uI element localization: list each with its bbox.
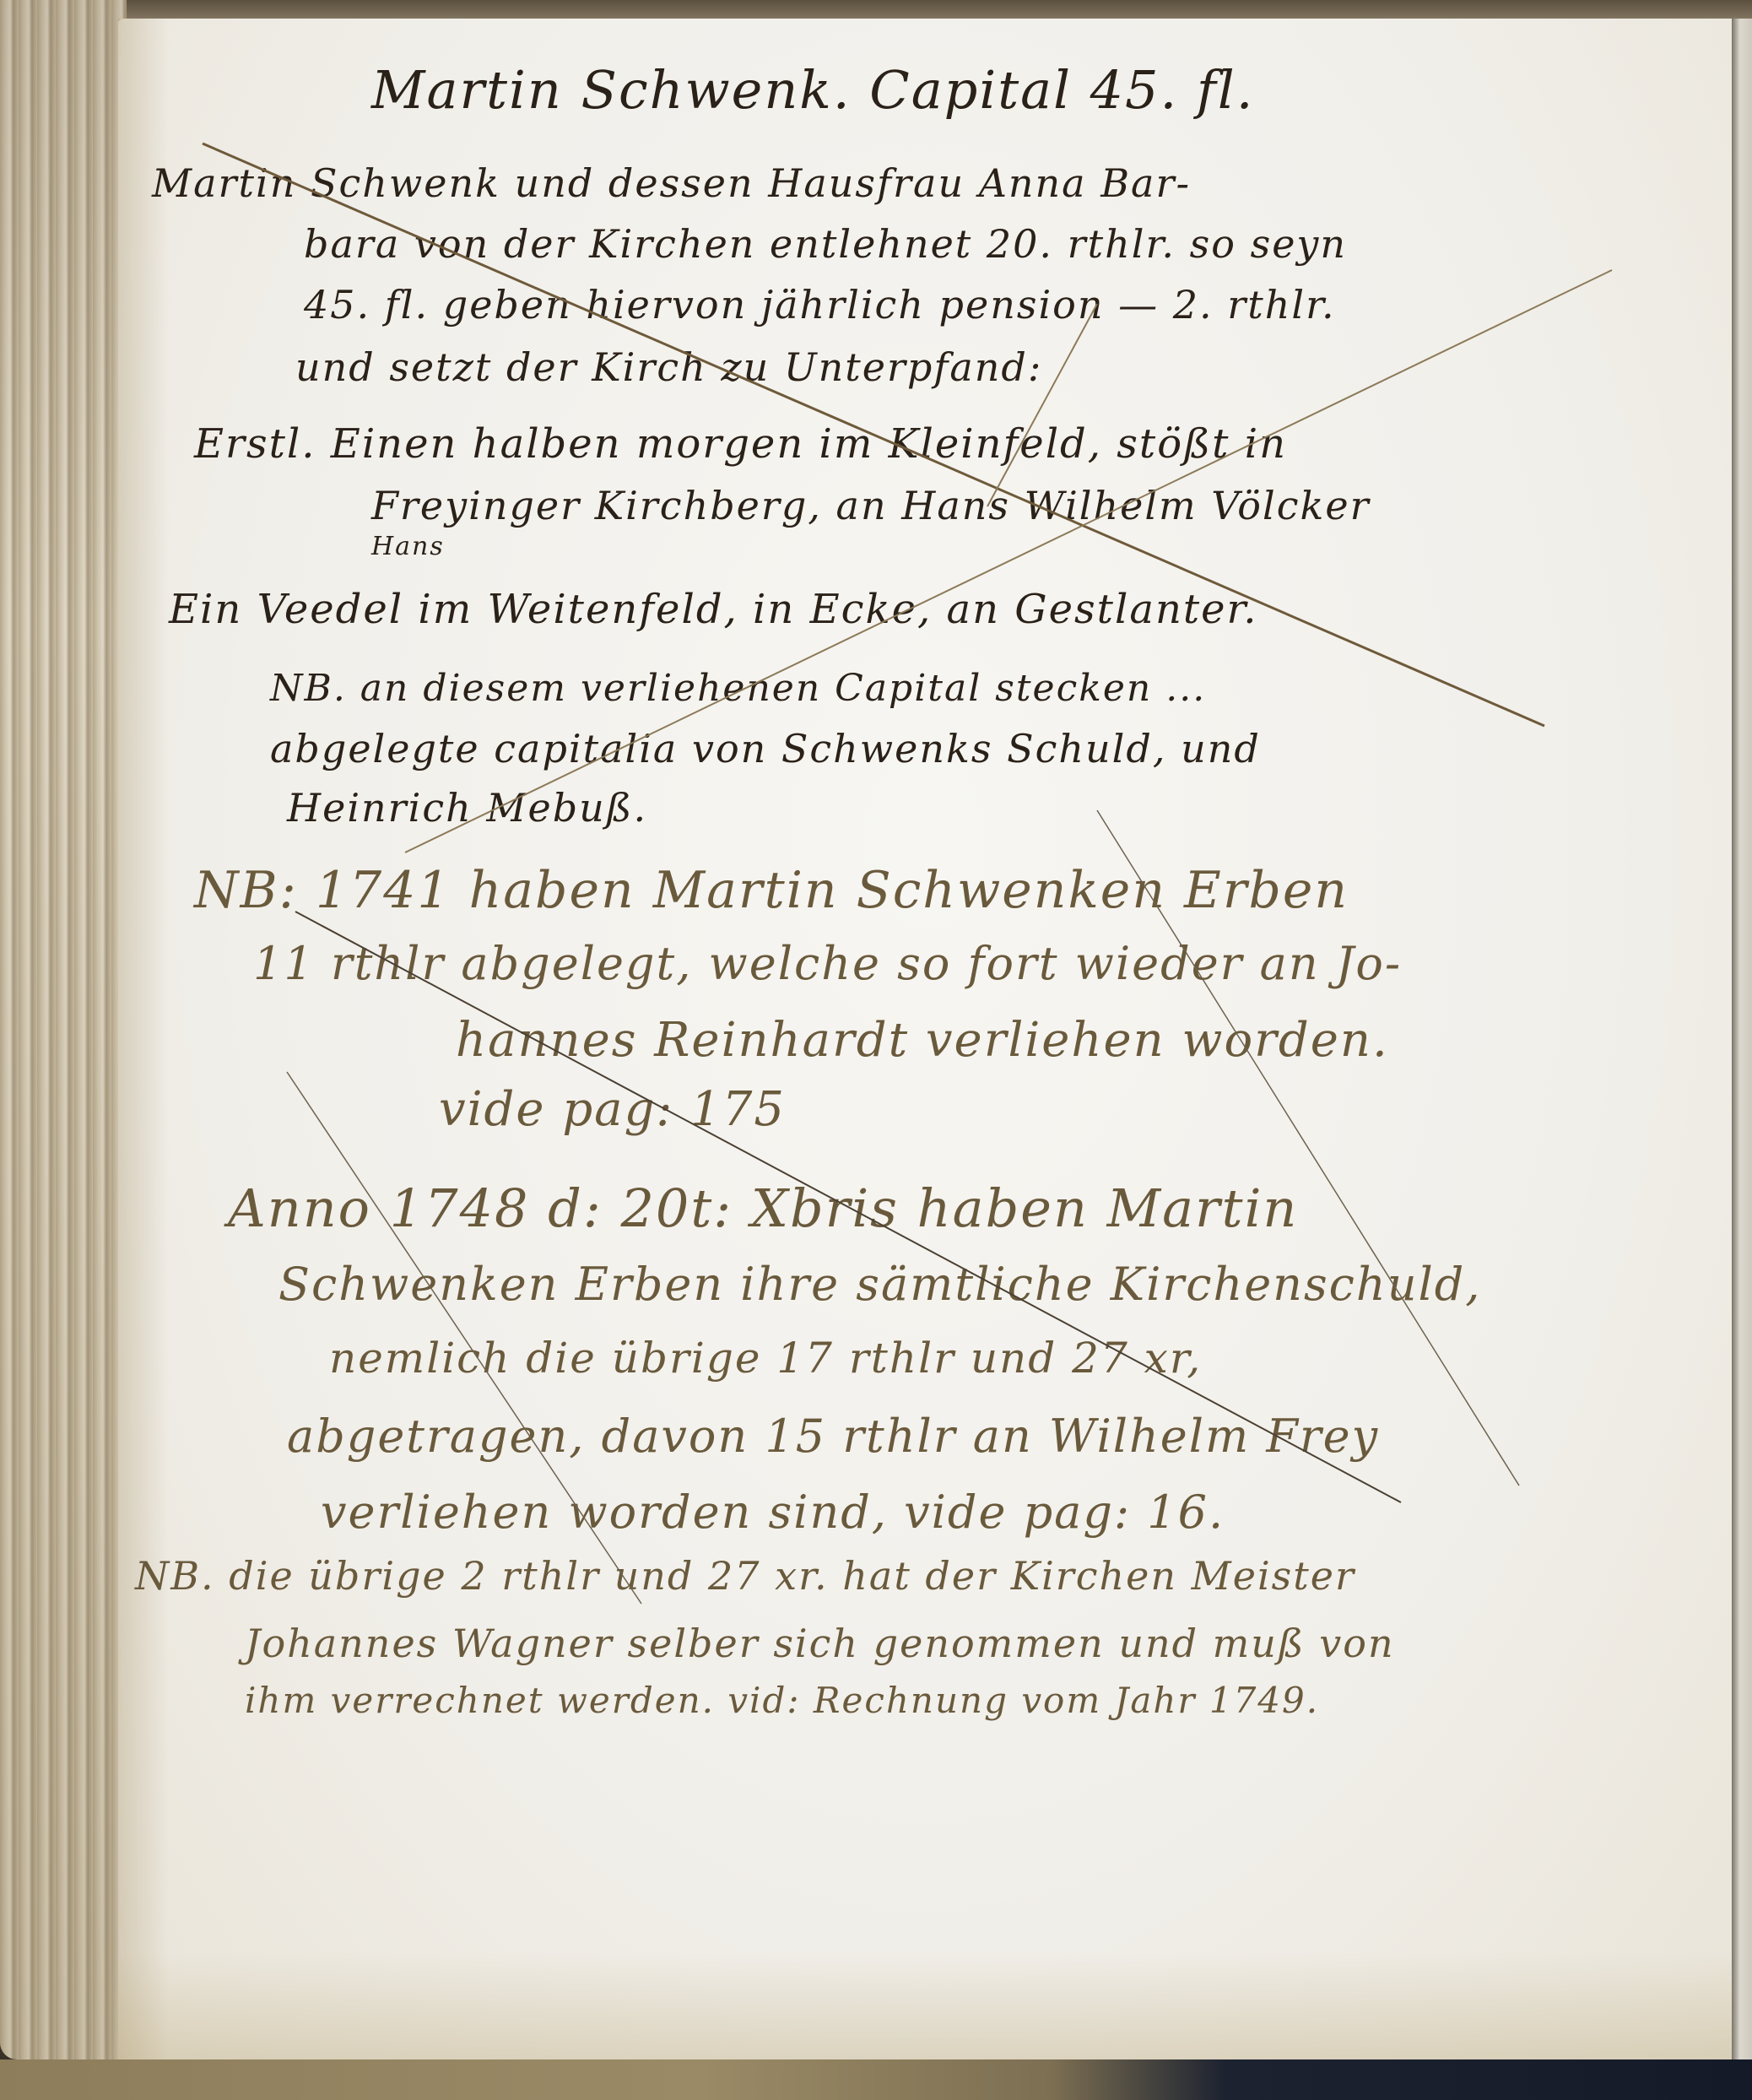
section-1-line: Freyinger Kirchberg, an Hans Wilhelm Völ… (371, 483, 1371, 528)
section-1-line: abgelegte capitalia von Schwenks Schuld,… (270, 726, 1261, 771)
section-2-line: 11 rthlr abgelegt, welche so fort wieder… (253, 937, 1402, 990)
section-4-line: ihm verrechnet werden. vid: Rechnung vom… (245, 1680, 1319, 1721)
page-heading: Martin Schwenk. Capital 45. fl. (371, 59, 1254, 121)
section-3-line: Schwenken Erben ihre sämtliche Kirchensc… (278, 1258, 1481, 1311)
section-1-line: Hans (371, 532, 445, 561)
section-2-line: vide pag: 175 (439, 1082, 786, 1137)
section-1-line: Martin Schwenk und dessen Hausfrau Anna … (152, 160, 1191, 206)
section-3-line: abgetragen, davon 15 rthlr an Wilhelm Fr… (287, 1410, 1379, 1463)
section-1-line: bara von der Kirchen entlehnet 20. rthlr… (304, 221, 1347, 267)
section-1-line: und setzt der Kirch zu Unterpfand: (295, 344, 1042, 390)
section-1-line: Erstl. Einen halben morgen im Kleinfeld,… (194, 420, 1287, 468)
section-1-line: Ein Veedel im Weitenfeld, in Ecke, an Ge… (169, 586, 1257, 633)
section-3-line: nemlich die übrige 17 rthlr und 27 xr, (329, 1334, 1202, 1383)
book-bottom-edge (0, 2059, 1752, 2100)
book-right-edge (1732, 19, 1752, 2070)
section-3-line: verliehen worden sind, vide pag: 16. (321, 1486, 1225, 1539)
section-4-line: NB. die übrige 2 rthlr und 27 xr. hat de… (135, 1553, 1355, 1599)
section-3-line: Anno 1748 d: 20t: Xbris haben Martin (228, 1177, 1298, 1239)
section-1-line: NB. an diesem verliehenen Capital stecke… (270, 667, 1206, 710)
section-1-line: 45. fl. geben hiervon jährlich pension —… (304, 282, 1336, 327)
section-1-line: Heinrich Mebuß. (287, 785, 647, 831)
section-4-line: Johannes Wagner selber sich genommen und… (245, 1621, 1395, 1666)
section-2-line: NB: 1741 haben Martin Schwenken Erben (194, 861, 1349, 920)
page-stack-edge (0, 0, 127, 2059)
section-2-line: hannes Reinhardt verliehen worden. (456, 1013, 1389, 1068)
